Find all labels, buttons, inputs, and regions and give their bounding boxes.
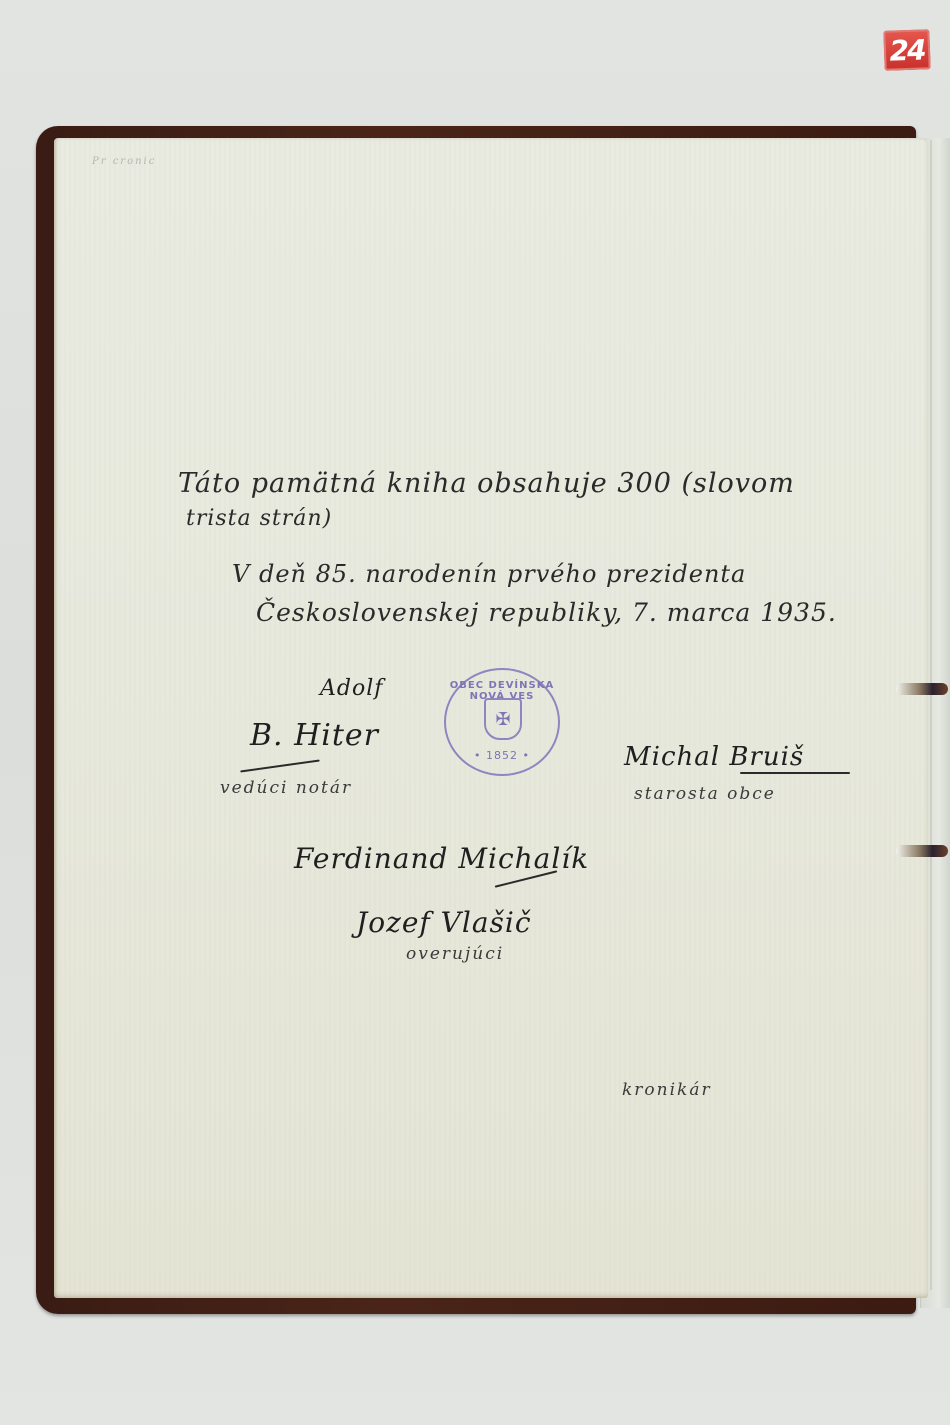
mayor-flourish (740, 772, 850, 774)
verifier-2-signature: Jozef Vlašič (356, 906, 532, 939)
dedication-line-2: Československej republiky, 7. marca 1935… (256, 598, 837, 627)
logo-text: 24 (889, 33, 925, 67)
pencil-note: Pr cronic (92, 156, 156, 167)
mayor-role-label: starosta obce (634, 784, 776, 804)
notary-role-label: vedúci notár (220, 778, 352, 798)
verifier-1-signature: Ferdinand Michalík (294, 842, 589, 875)
binding-thread-lower (896, 845, 948, 857)
mayor-signature: Michal Bruiš (624, 742, 804, 772)
municipal-stamp: OBEC DEVÍNSKA NOVÁ VES ✠ • 1852 • (444, 668, 560, 776)
cross-shield-icon: ✠ (484, 698, 522, 740)
notary-signature: B. Hiter (250, 718, 379, 753)
dedication-line-1: V deň 85. narodenín prvého prezidenta (232, 560, 746, 588)
header-line-1: Táto pamätná kniha obsahuje 300 (slovom (178, 468, 795, 499)
stamp-year: • 1852 • (446, 749, 558, 762)
site-logo-badge: 24 (883, 29, 930, 71)
header-line-2: trista strán) (186, 506, 332, 531)
binding-thread-upper (896, 683, 948, 695)
notary-first-name: Adolf (320, 676, 383, 701)
verifier-role-label: overujúci (406, 944, 504, 964)
chronicler-role-label: kronikár (622, 1080, 712, 1100)
page-fold-line (930, 140, 932, 1290)
